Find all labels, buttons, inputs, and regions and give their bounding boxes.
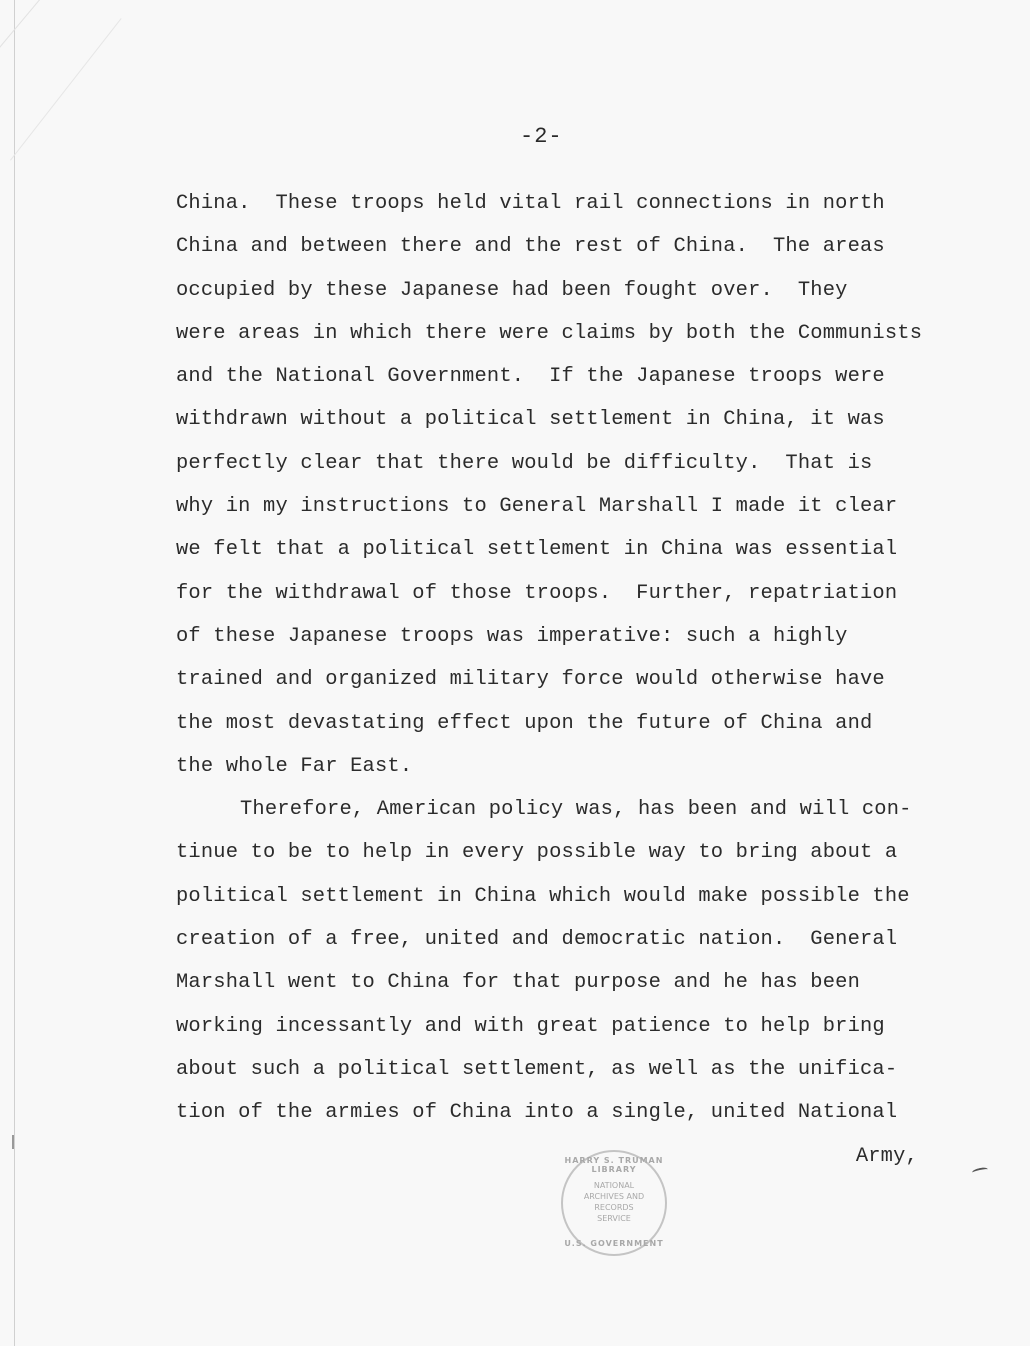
stamp-line: NATIONAL bbox=[563, 1180, 665, 1191]
stamp-line: SERVICE bbox=[563, 1213, 665, 1224]
text-line: Marshall went to China for that purpose … bbox=[176, 961, 976, 1004]
text-line: China and between there and the rest of … bbox=[176, 225, 976, 268]
stamp-line: ARCHIVES AND bbox=[563, 1191, 665, 1202]
paper-crease bbox=[10, 18, 122, 160]
text-line: tion of the armies of China into a singl… bbox=[176, 1091, 976, 1134]
text-line: China. These troops held vital rail conn… bbox=[176, 182, 976, 225]
typed-body-text: China. These troops held vital rail conn… bbox=[176, 182, 976, 1178]
text-line: of these Japanese troops was imperative:… bbox=[176, 615, 976, 658]
page-number: -2- bbox=[520, 124, 563, 149]
archive-stamp: HARRY S. TRUMAN LIBRARY NATIONAL ARCHIVE… bbox=[561, 1150, 667, 1256]
text-line: for the withdrawal of those troops. Furt… bbox=[176, 572, 976, 615]
text-line: occupied by these Japanese had been foug… bbox=[176, 269, 976, 312]
text-line: and the National Government. If the Japa… bbox=[176, 355, 976, 398]
text-line: trained and organized military force wou… bbox=[176, 658, 976, 701]
stamp-top-arc: HARRY S. TRUMAN LIBRARY bbox=[563, 1156, 665, 1174]
text-line: perfectly clear that there would be diff… bbox=[176, 442, 976, 485]
text-line: withdrawn without a political settlement… bbox=[176, 398, 976, 441]
stamp-line: RECORDS bbox=[563, 1202, 665, 1213]
text-line: were areas in which there were claims by… bbox=[176, 312, 976, 355]
text-line: tinue to be to help in every possible wa… bbox=[176, 831, 976, 874]
page-edge bbox=[14, 0, 15, 1346]
document-page: -2- China. These troops held vital rail … bbox=[0, 0, 1030, 1346]
margin-mark bbox=[12, 1135, 14, 1149]
text-line: creation of a free, united and democrati… bbox=[176, 918, 976, 961]
text-line: the whole Far East. bbox=[176, 745, 976, 788]
paragraph-start-line: Therefore, American policy was, has been… bbox=[176, 788, 976, 831]
text-line: why in my instructions to General Marsha… bbox=[176, 485, 976, 528]
text-line: the most devastating effect upon the fut… bbox=[176, 702, 976, 745]
text-line: about such a political settlement, as we… bbox=[176, 1048, 976, 1091]
paper-crease bbox=[0, 0, 122, 71]
stamp-center-text: NATIONAL ARCHIVES AND RECORDS SERVICE bbox=[563, 1180, 665, 1224]
text-line: working incessantly and with great patie… bbox=[176, 1005, 976, 1048]
text-line: political settlement in China which woul… bbox=[176, 875, 976, 918]
text-line: we felt that a political settlement in C… bbox=[176, 528, 976, 571]
stamp-bottom-arc: U.S. GOVERNMENT bbox=[563, 1239, 665, 1248]
